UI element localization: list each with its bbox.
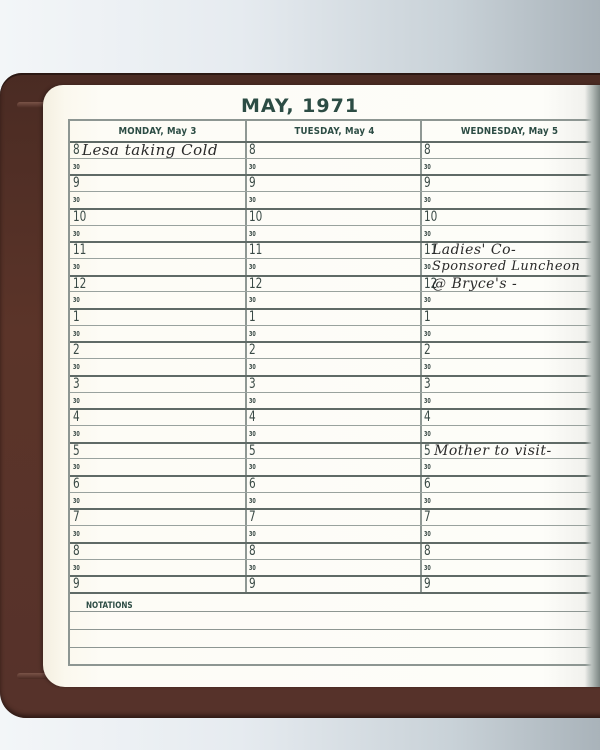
row-divider [70,525,600,526]
page-gutter-shadow [585,85,600,687]
notation-line[interactable] [70,611,600,612]
month-title: MAY, 1971 [0,95,600,117]
time-slot-label: 1 [73,310,80,324]
time-slot-label: 5 [424,444,431,458]
schedule-grid: MONDAY, May 3 TUESDAY, May 4 WEDNESDAY, … [68,119,600,666]
entry-wednesday-12: @ Bryce's - [432,276,517,292]
time-slot-label: 30 [249,531,256,538]
row-divider [70,225,600,226]
time-slot-label: 30 [249,464,256,471]
time-slot-label: 30 [424,531,431,538]
row-divider [70,341,600,343]
time-slot-label: 30 [73,398,80,405]
time-slot-label: 30 [73,431,80,438]
time-slot-label: 30 [424,164,431,171]
time-slot-label: 30 [424,197,431,204]
time-slot-label: 30 [249,164,256,171]
time-slot-label: 1 [424,310,431,324]
time-slot-label: 30 [424,398,431,405]
row-divider [70,241,600,243]
row-divider [70,575,600,577]
day-header-tuesday: TUESDAY, May 4 [259,121,410,143]
time-slot-label: 30 [249,565,256,572]
entry-monday-8: Lesa taking Cold [82,141,218,159]
time-slot-label: 30 [249,264,256,271]
time-slot-label: 3 [249,377,256,391]
time-slot-label: 7 [73,510,80,524]
time-slot-label: 12 [249,277,262,291]
time-slot-label: 30 [73,464,80,471]
time-slot-label: 30 [73,231,80,238]
row-divider [70,492,600,493]
time-slot-label: 2 [73,343,80,357]
time-slot-label: 2 [249,343,256,357]
time-slot-label: 30 [73,565,80,572]
row-divider [70,275,600,277]
time-slot-label: 30 [249,498,256,505]
row-divider [70,174,600,176]
row-divider [70,308,600,310]
row-divider [70,358,600,359]
time-slot-label: 9 [73,176,80,190]
time-slot-label: 9 [73,577,80,591]
time-slot-label: 30 [249,431,256,438]
time-slot-label: 30 [424,565,431,572]
day-header-wednesday: WEDNESDAY, May 5 [434,121,585,143]
time-slot-label: 30 [249,231,256,238]
time-slot-label: 6 [73,477,80,491]
time-slot-label: 9 [424,176,431,190]
time-slot-label: 30 [249,331,256,338]
row-divider [70,425,600,426]
row-divider [70,291,600,292]
row-divider [70,592,600,594]
time-slot-label: 7 [249,510,256,524]
time-slot-label: 30 [424,231,431,238]
time-slot-label: 30 [73,531,80,538]
notations-label: NOTATIONS [86,601,133,611]
time-slot-label: 30 [424,264,431,271]
time-slot-label: 4 [424,410,431,424]
row-divider [70,508,600,510]
notation-line[interactable] [70,629,600,630]
row-divider [70,392,600,393]
time-slot-label: 5 [249,444,256,458]
time-slot-label: 6 [249,477,256,491]
row-divider [70,542,600,544]
time-slot-label: 10 [424,210,437,224]
time-slot-label: 8 [424,143,431,157]
entry-wednesday-1130: Sponsored Luncheon [432,259,580,274]
time-slot-label: 30 [73,331,80,338]
time-slot-label: 30 [424,464,431,471]
time-slot-label: 30 [249,398,256,405]
time-slot-label: 3 [424,377,431,391]
time-slot-label: 8 [249,544,256,558]
entry-wednesday-11: Ladies' Co- [432,242,516,258]
row-divider [70,325,600,326]
time-slot-label: 30 [424,498,431,505]
time-slot-label: 11 [249,243,262,257]
time-slot-label: 30 [424,364,431,371]
time-slot-label: 7 [424,510,431,524]
time-slot-label: 9 [424,577,431,591]
time-slot-label: 3 [73,377,80,391]
day-header-monday: MONDAY, May 3 [82,121,233,143]
time-slot-label: 4 [249,410,256,424]
time-slot-label: 30 [249,364,256,371]
row-divider [70,408,600,410]
time-slot-label: 9 [249,577,256,591]
row-divider [70,475,600,477]
time-slot-label: 30 [249,297,256,304]
row-divider [70,559,600,560]
time-slot-label: 30 [424,331,431,338]
time-slot-label: 8 [424,544,431,558]
time-slot-label: 8 [249,143,256,157]
row-divider [70,191,600,192]
time-slot-label: 9 [249,176,256,190]
time-slot-label: 1 [249,310,256,324]
row-divider [70,208,600,210]
time-slot-label: 2 [424,343,431,357]
time-slot-label: 30 [73,297,80,304]
time-slot-label: 30 [73,197,80,204]
time-slot-label: 8 [73,544,80,558]
time-slot-label: 8 [73,143,80,157]
time-slot-label: 5 [73,444,80,458]
time-slot-label: 6 [424,477,431,491]
entry-wednesday-5: Mother to visit- [434,443,552,459]
time-slot-label: 30 [424,297,431,304]
time-slot-label: 30 [73,364,80,371]
row-divider [70,375,600,377]
notation-line[interactable] [70,647,600,648]
time-slot-label: 30 [73,498,80,505]
time-slot-label: 4 [73,410,80,424]
time-slot-label: 30 [424,431,431,438]
time-slot-label: 10 [73,210,86,224]
time-slot-label: 12 [73,277,86,291]
time-slot-label: 30 [73,264,80,271]
time-slot-label: 30 [73,164,80,171]
time-slot-label: 11 [73,243,86,257]
time-slot-label: 10 [249,210,262,224]
time-slot-label: 30 [249,197,256,204]
